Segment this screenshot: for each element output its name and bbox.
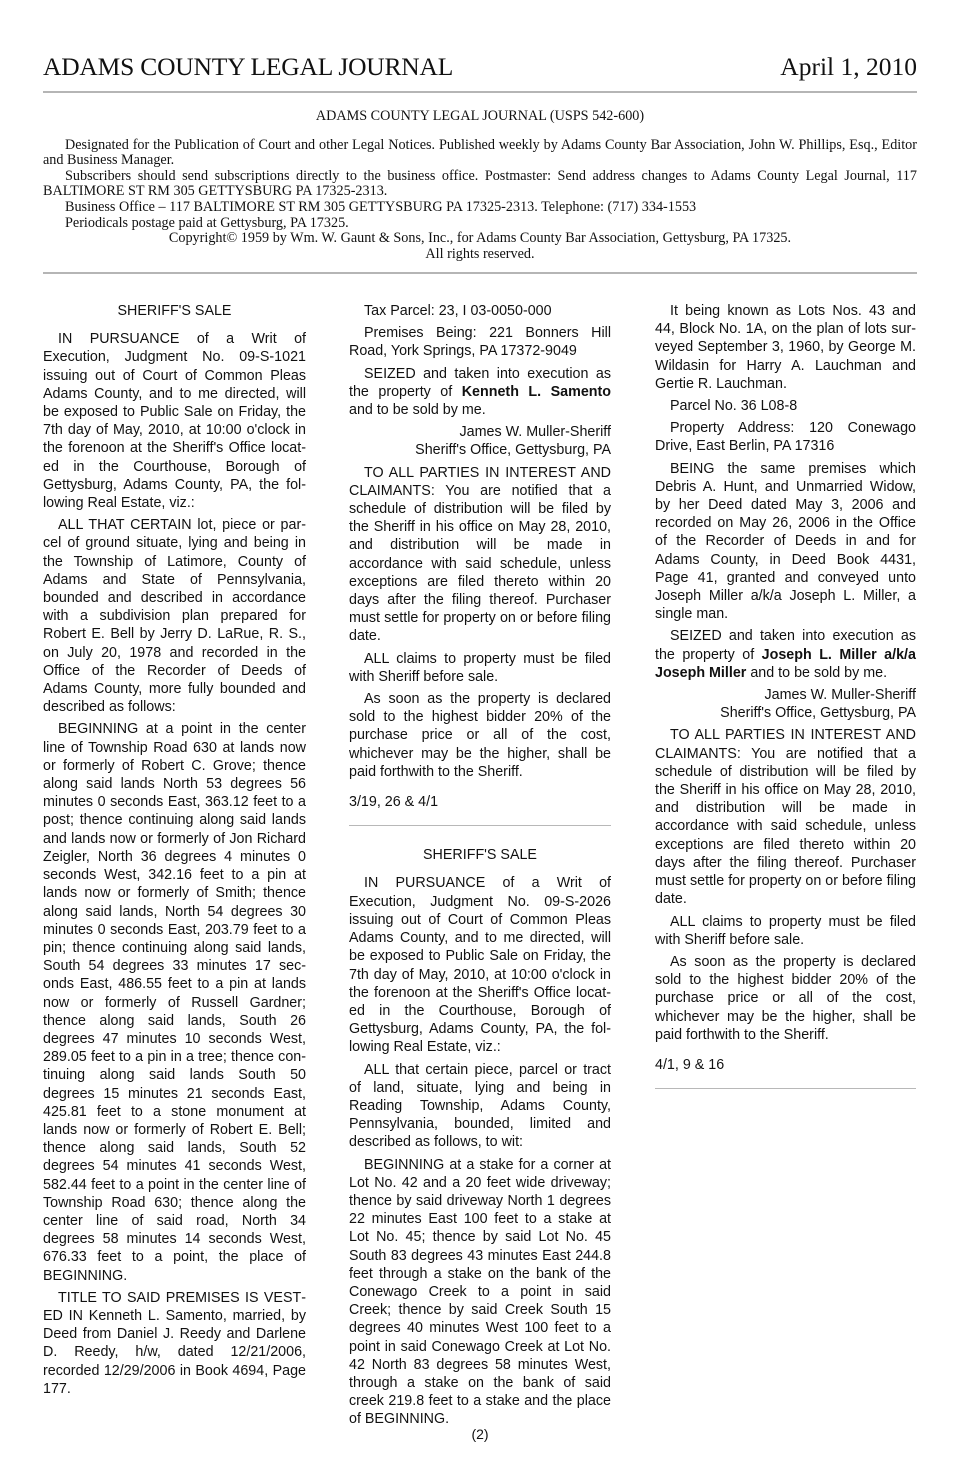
header-divider (43, 91, 917, 93)
issue-date: April 1, 2010 (780, 52, 917, 82)
parties-notice: TO ALL PARTIES IN INTEREST AND CLAIMANTS… (655, 726, 916, 908)
claims-paragraph: ALL claims to property must be filed wit… (655, 913, 916, 949)
property-address: Property Address: 120 Conewago Drive, Ea… (655, 419, 916, 455)
sheriff-name: James W. Muller-Sheriff (655, 686, 916, 704)
periodicals-text: Periodicals postage paid at Gettysburg, … (43, 216, 917, 232)
seized-paragraph: SEIZED and taken into execution as the p… (349, 365, 611, 420)
being-paragraph: BEING the same premises which Debris A. … (655, 460, 916, 624)
column-2: Tax Parcel: 23, I 03-0050-000 Premises B… (349, 302, 611, 1433)
title-vested-paragraph: TITLE TO SAID PREMISES IS VEST­ED IN Ken… (43, 1289, 306, 1398)
pursuance-paragraph: IN PURSUANCE of a Writ of Execution, Jud… (43, 330, 306, 512)
lots-paragraph: It being known as Lots Nos. 43 and 44, B… (655, 302, 916, 393)
premises-address: Premises Being: 221 Bonners Hill Road, Y… (349, 324, 611, 360)
sheriff-signature: James W. Muller-Sheriff Sheriff's Office… (349, 423, 611, 459)
sheriff-name: James W. Muller-Sheriff (349, 423, 611, 441)
sheriff-signature: James W. Muller-Sheriff Sheriff's Office… (655, 686, 916, 722)
defendant-name: Kenneth L. Samento (462, 384, 611, 400)
beginning-paragraph: BEGINNING at a stake for a corner at Lot… (349, 1156, 611, 1429)
column-3: It being known as Lots Nos. 43 and 44, B… (655, 302, 916, 1109)
journal-title: ADAMS COUNTY LEGAL JOURNAL (43, 52, 453, 82)
seized-suffix: and to be sold by me. (746, 665, 887, 681)
notice-heading: SHERIFF'S SALE (349, 846, 611, 864)
running-header: ADAMS COUNTY LEGAL JOURNAL April 1, 2010 (43, 52, 917, 84)
description-paragraph: ALL THAT CERTAIN lot, piece or par­cel o… (43, 516, 306, 716)
tax-parcel: Tax Parcel: 23, I 03-0050-000 (349, 302, 611, 320)
run-dates: 4/1, 9 & 16 (655, 1056, 916, 1074)
notice-heading: SHERIFF'S SALE (43, 302, 306, 320)
designation-text: Designated for the Publication of Court … (43, 138, 917, 169)
sheriff-office: Sheriff's Office, Gettysburg, PA (655, 704, 916, 722)
run-dates: 3/19, 26 & 4/1 (349, 793, 611, 811)
masthead-divider (43, 272, 917, 274)
seized-paragraph: SEIZED and taken into execution as the p… (655, 627, 916, 682)
business-office-text: Business Office – 117 BALTIMORE ST RM 30… (43, 200, 917, 216)
parcel-number: Parcel No. 36 L08-8 (655, 397, 916, 415)
parties-notice: TO ALL PARTIES IN INTEREST AND CLAIMANTS… (349, 464, 611, 646)
seized-suffix: and to be sold by me. (349, 402, 486, 418)
description-paragraph: ALL that certain piece, parcel or tract … (349, 1061, 611, 1152)
pursuance-paragraph: IN PURSUANCE of a Writ of Execution, Jud… (349, 874, 611, 1056)
copyright-text: Copyright© 1959 by Wm. W. Gaunt & Sons, … (43, 231, 917, 247)
payment-paragraph: As soon as the property is declared sold… (655, 953, 916, 1044)
column-1: SHERIFF'S SALE IN PURSUANCE of a Writ of… (43, 302, 306, 1402)
claims-paragraph: ALL claims to property must be filed wit… (349, 650, 611, 686)
beginning-paragraph: BEGINNING at a point in the center line … (43, 720, 306, 1284)
subscriptions-text: Subscribers should send subscriptions di… (43, 169, 917, 200)
payment-paragraph: As soon as the property is declared sold… (349, 690, 611, 781)
rights-text: All rights reserved. (43, 247, 917, 263)
sheriff-office: Sheriff's Office, Gettysburg, PA (349, 441, 611, 459)
publication-name: ADAMS COUNTY LEGAL JOURNAL (USPS 542-600… (43, 109, 917, 125)
notice-divider (655, 1088, 916, 1089)
masthead: ADAMS COUNTY LEGAL JOURNAL (USPS 542-600… (43, 109, 917, 262)
page-number: (2) (0, 1426, 960, 1442)
notice-divider (349, 825, 611, 826)
